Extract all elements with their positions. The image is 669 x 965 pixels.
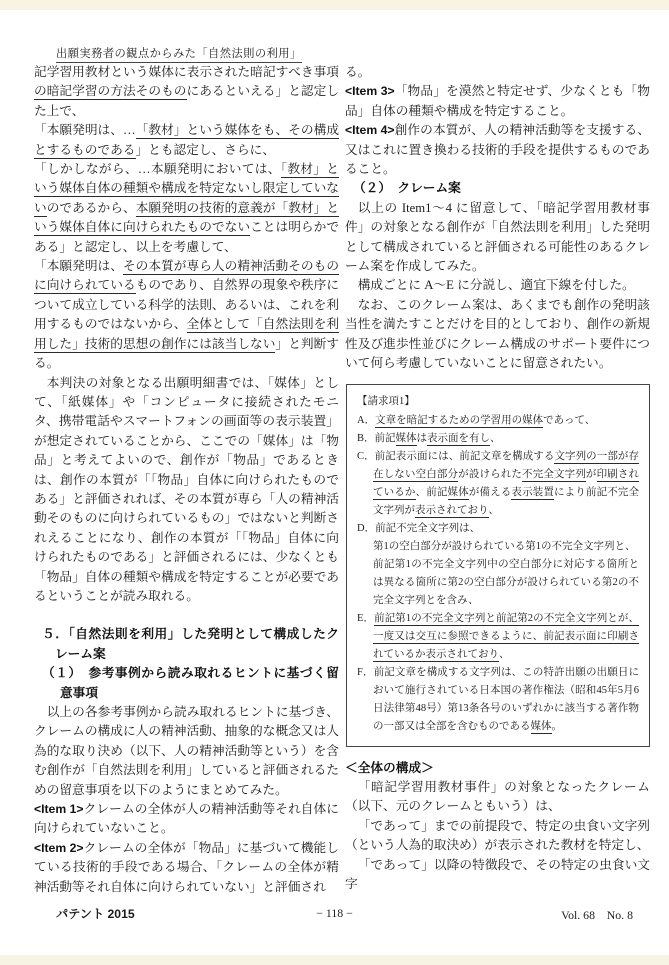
text-run: 本判決の対象となる出願明細書では、「媒体」として、「紙媒体」や「コンピュータに接…: [34, 376, 339, 603]
text-run: ５．「自然法則を利用」した発明として構成したクレーム案: [42, 627, 339, 660]
claim-item-d2: 前記第1の不完全文字列中の空白部分に対応する箇所とは異なる箇所に第2の空白部分が…: [357, 556, 639, 610]
text-run: <Item 1>: [34, 802, 84, 816]
claim-item-a: A．文章を暗記するための学習用の媒体であって、: [357, 412, 639, 430]
text-run: A．: [357, 415, 375, 426]
text-run: 前記第1の不完全文字列中の空白部分に対応する箇所とは異なる箇所に第2の空白部分が…: [373, 559, 639, 606]
underlined-text-run: 媒体: [448, 487, 469, 500]
body-paragraph: 「しかしながら、…本願発明においては、「教材」という媒体自体の種類や構成を特定な…: [34, 160, 339, 257]
text-run: 【請求項1】: [357, 396, 415, 407]
text-run: 構成ごとに A～E に分説し、適宜下線を付した。: [358, 278, 635, 292]
text-run: 以上の各参考事例から読み取れるヒントに基づき、クレームの構成に人の精神活動、抽象…: [34, 705, 339, 797]
section-heading-5: ５．「自然法則を利用」した発明として構成したクレーム案: [34, 625, 339, 664]
text-run: なお、このクレーム案は、あくまでも創作の発明該当性を満たすことだけを目的としてお…: [345, 298, 650, 370]
body-paragraph: 「本願発明は、その本質が専ら人の精神活動そのものに向けられているものであり、自然…: [34, 257, 339, 373]
text-run: （１） 参考事例から読み取れるヒントに基づく留意事項: [42, 666, 339, 699]
body-paragraph: 「暗記学習用教材事件」の対象となったクレーム（以下、元のクレームともいう）は、: [345, 778, 650, 817]
body-paragraph: 以上の各参考事例から読み取れるヒントに基づき、クレームの構成に人の精神活動、抽象…: [34, 703, 339, 800]
text-run: 「本願発明は、…: [34, 123, 136, 137]
body-paragraph: 「本願発明は、…「教材」という媒体をも、その構成とするものである」とも認定し、さ…: [34, 121, 339, 160]
text-run: D．前記不完全文字列は、: [357, 523, 480, 534]
text-run: （２） クレーム案: [353, 181, 461, 195]
underlined-text-run: 不完全文字列: [522, 469, 586, 482]
item-4-paragraph: <Item 4>創作の本質が、人の精神活動等を支援する、又はこれに置き換わる技術…: [345, 121, 650, 179]
underlined-text-run: 表示面を有し: [427, 433, 490, 446]
body-paragraph: 以上の Item1～4 に留意して、「暗記学習用教材事件」の対象となる創作が「自…: [345, 199, 650, 277]
running-head: 出願実務者の観点からみた「自然法則の利用」: [56, 45, 302, 61]
text-run: 」とも認定し、さらに、: [136, 143, 276, 157]
text-run: 、: [489, 505, 500, 516]
text-run: 以上の Item1～4 に留意して、「暗記学習用教材事件」の対象となる創作が「自…: [345, 201, 650, 273]
claim-item-c: C．前記表示面には、前記文章を構成する文字列の一部が存在しない空白部分が設けられ…: [357, 448, 639, 520]
body-paragraph: 「であって」までの前提段で、特定の虫食い文字列（という人為的取決め）が表示された…: [345, 817, 650, 856]
text-run: が備える: [469, 487, 512, 498]
text-run: C．前記表示面には、前記文章を構成する: [357, 451, 554, 462]
running-head-title: 出願実務者の観点からみた「自然法則の利用」: [56, 48, 302, 63]
claim-box-title: 【請求項1】: [357, 393, 639, 411]
left-column: 記学習用教材という媒体に表示された暗記すべき事項の暗記学習の方法そのものにあると…: [34, 63, 339, 897]
right-column: る。<Item 3>「物品」を漠然と特定せず、少なくとも「物品」自体の種類や構成…: [345, 63, 650, 894]
text-run: 「しかしながら、…本願発明においては、: [34, 162, 281, 176]
text-run: 、: [490, 433, 501, 444]
body-paragraph: 記学習用教材という媒体に表示された暗記すべき事項の暗記学習の方法そのものにあると…: [34, 63, 339, 121]
underlined-text-run: 表示されており: [415, 505, 489, 518]
underlined-text-run: 文章を暗記するための学習用の媒体: [375, 415, 543, 428]
text-run: が: [586, 469, 597, 480]
text-run: <Item 2>: [34, 841, 84, 855]
underlined-text-run: 表示装置: [511, 487, 554, 500]
text-run: <Item 4>: [345, 123, 395, 137]
text-run: F．前記文章を構成する文字列は、この特許出願の出願日において施行されている日本国…: [357, 667, 639, 732]
subsection-heading-1: （１） 参考事例から読み取れるヒントに基づく留意事項: [34, 664, 339, 703]
text-run: <Item 3>: [345, 84, 395, 98]
body-paragraph: 「であって」以降の特徴段で、その特定の虫食い文字: [345, 856, 650, 895]
text-run: 記学習用教材という媒体に表示された暗記すべき事項: [34, 65, 339, 79]
item-3-paragraph: <Item 3>「物品」を漠然と特定せず、少なくとも「物品」自体の種類や構成を特…: [345, 82, 650, 121]
body-paragraph: 本判決の対象となる出願明細書では、「媒体」として、「紙媒体」や「コンピュータに接…: [34, 374, 339, 607]
claim-box: 【請求項1】A．文章を暗記するための学習用の媒体であって、B．前記媒体は表示面を…: [346, 384, 650, 747]
footer: パテント 2015 − 118 − Vol. 68 No. 8: [0, 905, 669, 923]
body-paragraph: る。: [345, 63, 650, 82]
body-paragraph: 構成ごとに A～E に分説し、適宜下線を付した。: [345, 276, 650, 295]
text-run: 、前記: [416, 487, 448, 498]
underlined-text-run: 媒体: [531, 721, 552, 734]
claim-item-f: F．前記文章を構成する文字列は、この特許出願の出願日において施行されている日本国…: [357, 664, 639, 736]
text-run: 。: [552, 721, 563, 732]
text-run: 、: [499, 649, 510, 660]
claim-item-d: D．前記不完全文字列は、: [357, 520, 639, 538]
text-run: E．: [357, 613, 374, 624]
claim-item-b: B．前記媒体は表示面を有し、: [357, 430, 639, 448]
text-run: 第1の空白部分が設けられている第1の不完全文字列と、: [373, 541, 636, 552]
item-1-paragraph: <Item 1>クレームの全体が人の精神活動等それ自体に向けられていないこと。: [34, 800, 339, 839]
page-bottom-edge: [0, 955, 669, 965]
text-run: る。: [345, 65, 370, 79]
text-run: ＜全体の構成＞: [345, 761, 434, 775]
subsection-heading-2: （２） クレーム案: [345, 179, 650, 198]
text-run: は: [417, 433, 428, 444]
overall-structure-heading: ＜全体の構成＞: [345, 759, 650, 778]
page-top-edge: [0, 0, 669, 10]
body-paragraph: なお、このクレーム案は、あくまでも創作の発明該当性を満たすことだけを目的としてお…: [345, 296, 650, 374]
footer-volume: Vol. 68 No. 8: [561, 906, 633, 923]
page: { "header": { "running_title": "出願実務者の観点…: [0, 0, 669, 965]
text-run: 「本願発明は、: [34, 259, 123, 273]
claim-item-d1: 第1の空白部分が設けられている第1の不完全文字列と、: [357, 538, 639, 556]
text-run: が設けられた: [458, 469, 522, 480]
text-run: のであるから、: [47, 201, 136, 215]
claim-item-e: E．前記第1の不完全文字列と前記第2の不完全文字列とが、一度又は交互に参照できる…: [357, 610, 639, 664]
text-run: 「暗記学習用教材事件」の対象となったクレーム（以下、元のクレームともいう）は、: [345, 780, 650, 813]
text-run: 「であって」までの前提段で、特定の虫食い文字列（という人為的取決め）が表示された…: [345, 819, 650, 852]
item-2-paragraph: <Item 2>クレームの全体が「物品」に基づいて機能している技術的手段である場…: [34, 839, 339, 897]
text-run: B．前記: [357, 433, 396, 444]
text-run: 「であって」以降の特徴段で、その特定の虫食い文字: [345, 858, 650, 891]
underlined-text-run: 媒体: [396, 433, 417, 446]
underlined-text-run: の暗記学習の方法そのもの: [34, 84, 187, 100]
text-run: であって、: [543, 415, 595, 426]
